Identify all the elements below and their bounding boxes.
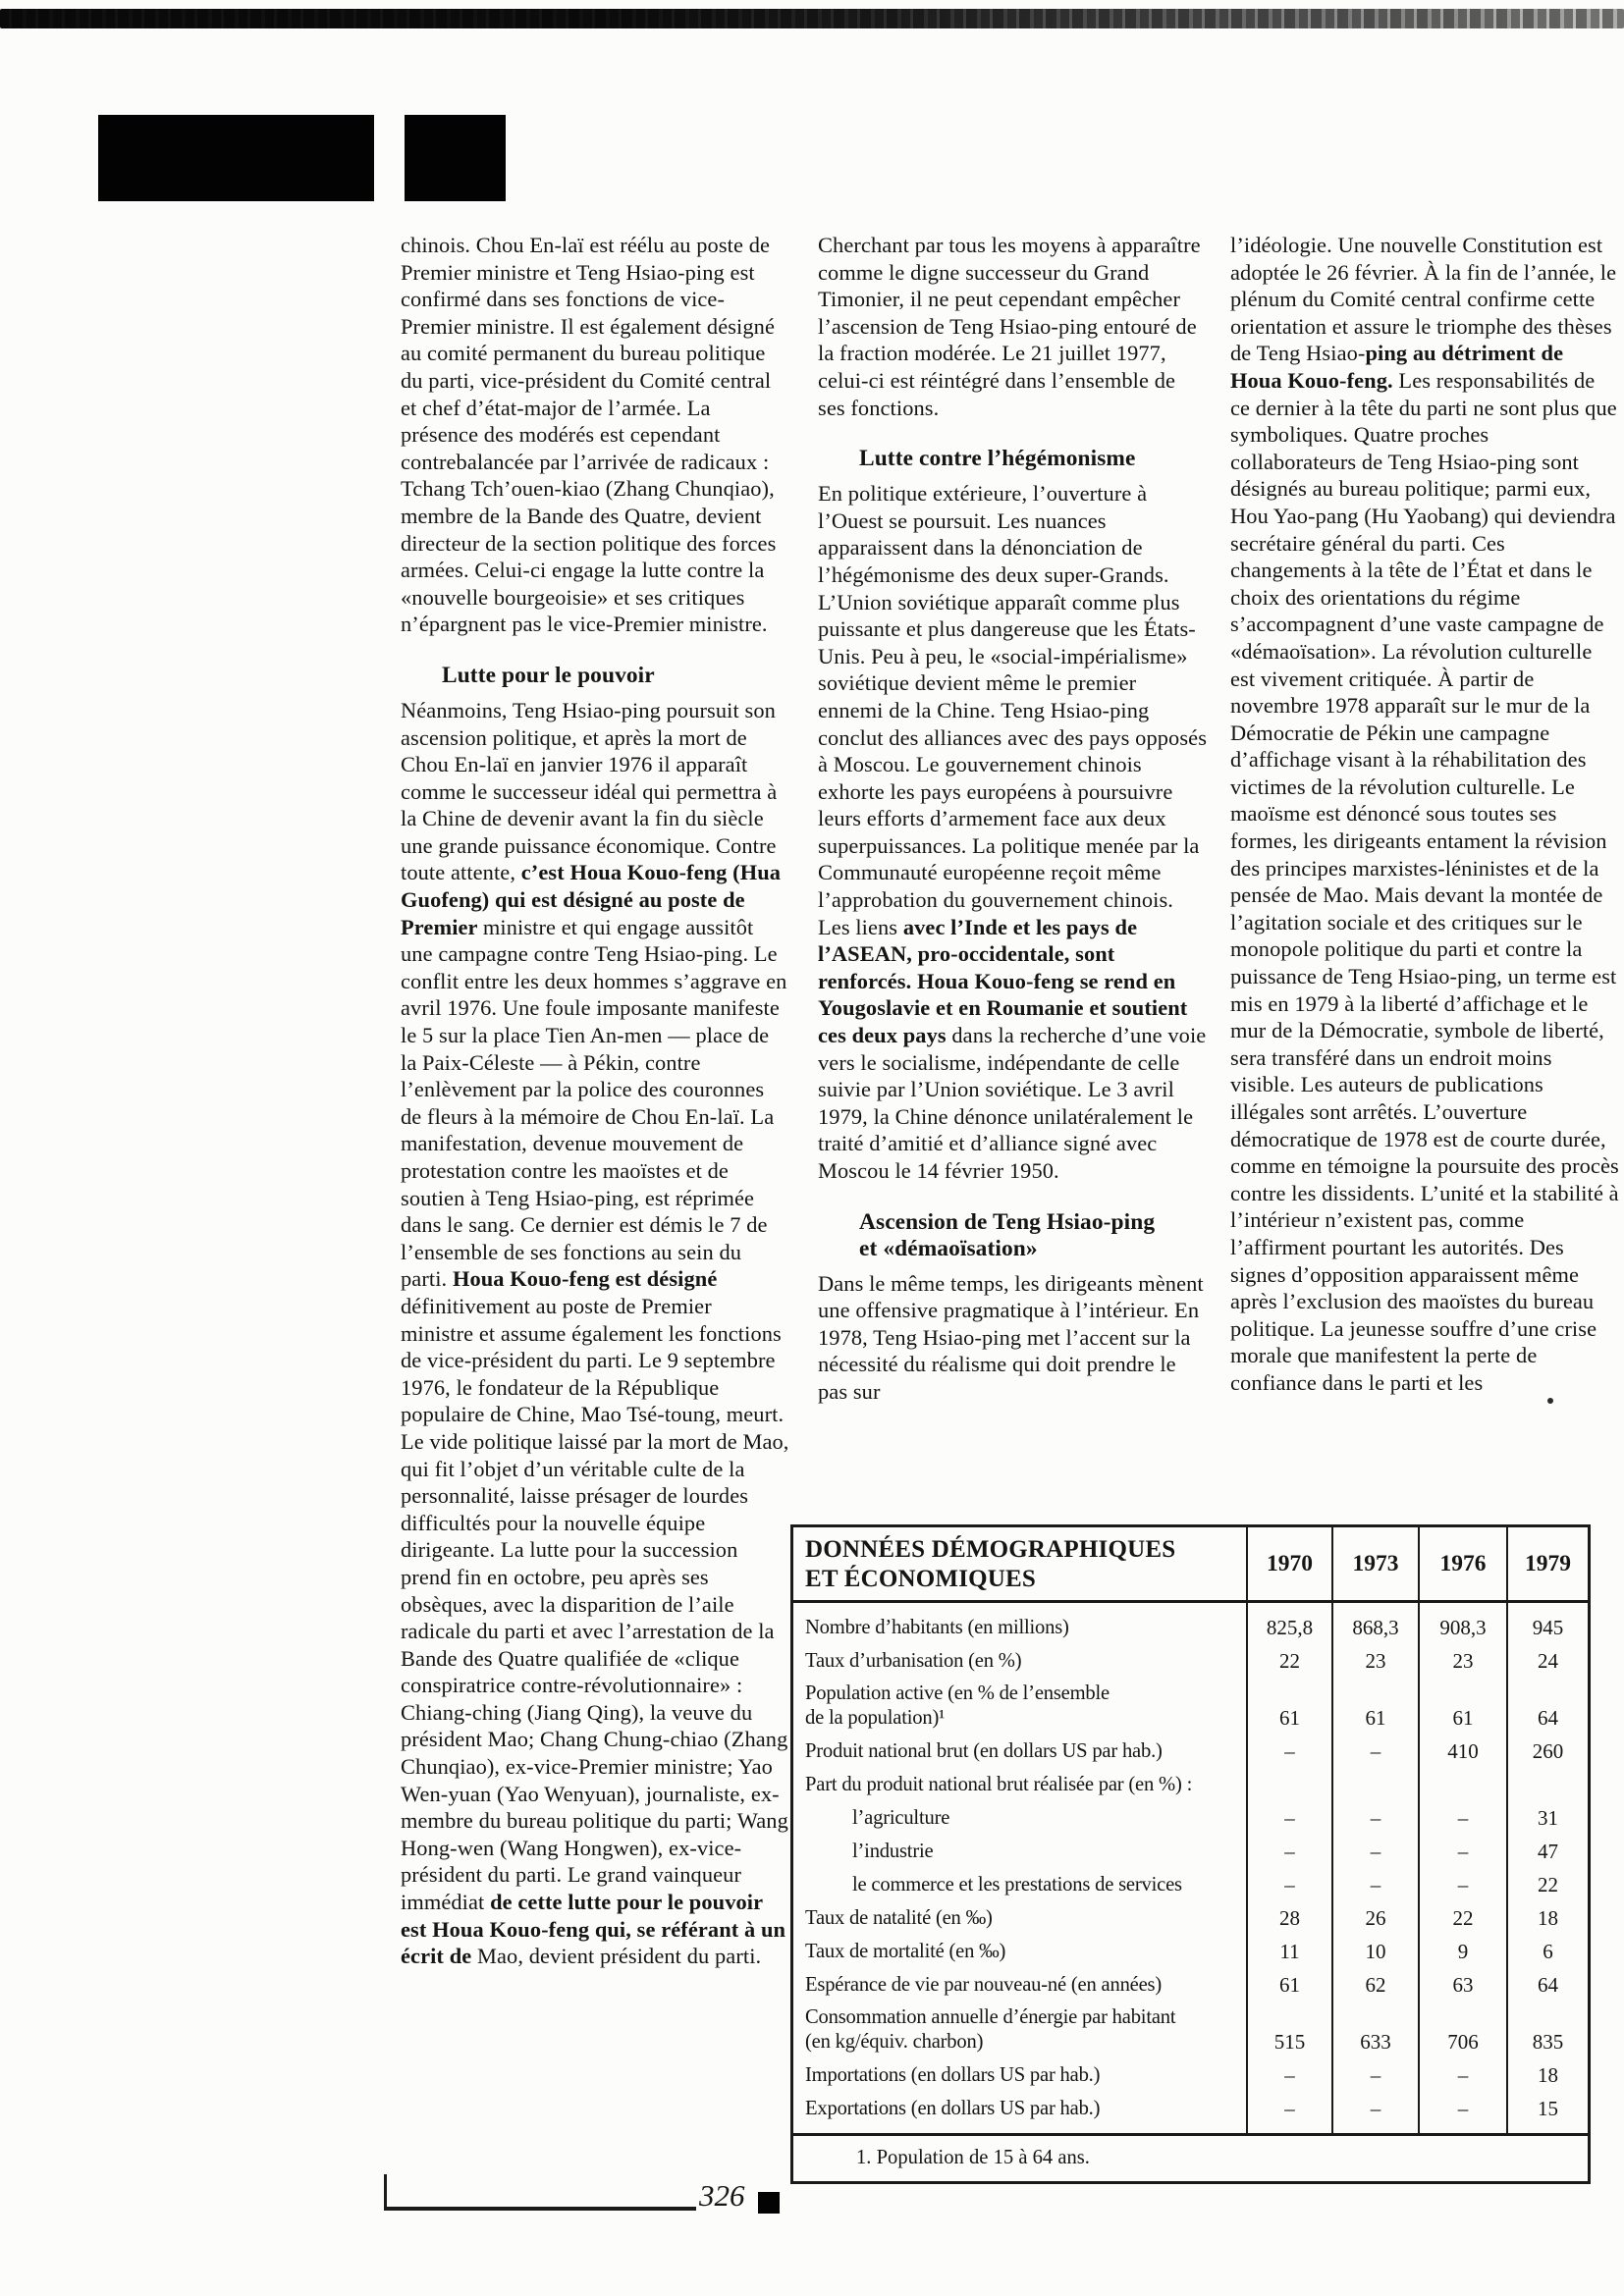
table-cell-value: 64 bbox=[1506, 1678, 1588, 1735]
table-cell-value: 825,8 bbox=[1246, 1603, 1331, 1644]
table-cell-label: Taux de mortalité (en ‰) bbox=[793, 1935, 1246, 1968]
table-cell-label: Part du produit national brut réalisée p… bbox=[793, 1768, 1246, 1801]
table-row: Part du produit national brut réalisée p… bbox=[793, 1768, 1588, 1801]
table-cell-label: Taux d’urbanisation (en %) bbox=[793, 1644, 1246, 1678]
table-row: le commerce et les prestations de servic… bbox=[793, 1868, 1588, 1901]
table-cell-value: – bbox=[1331, 1868, 1418, 1901]
table-row: Population active (en % de l’ensemblede … bbox=[793, 1678, 1588, 1735]
scan-speck bbox=[1547, 1398, 1553, 1404]
table-row: l’industrie–––47 bbox=[793, 1835, 1588, 1868]
table-cell-value: 28 bbox=[1246, 1901, 1331, 1935]
body-text: Cherchant par tous les moyens à apparaît… bbox=[818, 233, 1201, 420]
table-cell-label: Produit national brut (en dollars US par… bbox=[793, 1735, 1246, 1768]
redaction-box-left bbox=[98, 115, 374, 201]
table-cell-value: – bbox=[1331, 1835, 1418, 1868]
table-cell-label: le commerce et les prestations de servic… bbox=[793, 1868, 1246, 1901]
table-row: Taux d’urbanisation (en %)22232324 bbox=[793, 1644, 1588, 1678]
table-cell-value: – bbox=[1418, 2058, 1506, 2092]
table-body: Nombre d’habitants (en millions)825,8868… bbox=[793, 1603, 1588, 2133]
table-cell-value: – bbox=[1418, 1801, 1506, 1835]
table-cell-value: 26 bbox=[1331, 1901, 1418, 1935]
table-year-header-1970: 1970 bbox=[1246, 1527, 1331, 1600]
text-column-2: Cherchant par tous les moyens à apparaît… bbox=[818, 232, 1207, 1406]
table-cell-value: – bbox=[1331, 2058, 1418, 2092]
heading-line: et «démaoïsation» bbox=[859, 1236, 1207, 1262]
paragraph: Néanmoins, Teng Hsiao-ping poursuit son … bbox=[401, 697, 789, 1970]
table-cell-value: 868,3 bbox=[1331, 1603, 1418, 1644]
scanned-page: chinois. Chou En-laï est réélu au poste … bbox=[0, 0, 1624, 2296]
body-text: définitivement au poste de Premier minis… bbox=[401, 1294, 789, 1914]
table-cell-value: – bbox=[1246, 1868, 1331, 1901]
table-cell-value: 18 bbox=[1506, 2058, 1588, 2092]
table-cell-value: – bbox=[1331, 1735, 1418, 1768]
table-cell-value: 6 bbox=[1506, 1935, 1588, 1968]
table-row: Exportations (en dollars US par hab.)–––… bbox=[793, 2092, 1588, 2133]
table-row: Consommation annuelle d’énergie par habi… bbox=[793, 2002, 1588, 2058]
table-cell-value: 18 bbox=[1506, 1901, 1588, 1935]
table-cell-label: Exportations (en dollars US par hab.) bbox=[793, 2092, 1246, 2133]
table-footnote: 1. Population de 15 à 64 ans. bbox=[793, 2133, 1588, 2181]
table-cell-value: 15 bbox=[1506, 2092, 1588, 2133]
table-cell-label: Nombre d’habitants (en millions) bbox=[793, 1603, 1246, 1644]
table-cell-label: Consommation annuelle d’énergie par habi… bbox=[793, 2002, 1246, 2058]
table-cell-value: – bbox=[1331, 1801, 1418, 1835]
table-cell-value: 61 bbox=[1246, 1968, 1331, 2002]
table-cell-value: 9 bbox=[1418, 1935, 1506, 1968]
table-cell-value: – bbox=[1331, 2092, 1418, 2133]
table-cell-value: 61 bbox=[1331, 1678, 1418, 1735]
table-cell-value: 706 bbox=[1418, 2002, 1506, 2058]
table-cell-value: 908,3 bbox=[1418, 1603, 1506, 1644]
table-cell-value: 31 bbox=[1506, 1801, 1588, 1835]
table-cell-value: 62 bbox=[1331, 1968, 1418, 2002]
table-cell-value bbox=[1331, 1768, 1418, 1801]
table-title-line: ET ÉCONOMIQUES bbox=[805, 1566, 1036, 1592]
table-cell-value: 260 bbox=[1506, 1735, 1588, 1768]
table-cell-value: 22 bbox=[1246, 1644, 1331, 1678]
table-cell-value bbox=[1418, 1768, 1506, 1801]
table-cell-value: 23 bbox=[1331, 1644, 1418, 1678]
page-number: 326 bbox=[699, 2178, 745, 2214]
table-year-header-1979: 1979 bbox=[1506, 1527, 1588, 1600]
table-cell-label: Taux de natalité (en ‰) bbox=[793, 1901, 1246, 1935]
table-cell-label: l’industrie bbox=[793, 1835, 1246, 1868]
table-cell-value: 835 bbox=[1506, 2002, 1588, 2058]
table-row: Espérance de vie par nouveau-né (en anné… bbox=[793, 1968, 1588, 2002]
table-cell-label: Importations (en dollars US par hab.) bbox=[793, 2058, 1246, 2092]
table-cell-label: Population active (en % de l’ensemblede … bbox=[793, 1678, 1246, 1735]
paragraph: Dans le même temps, les dirigeants mènen… bbox=[818, 1270, 1207, 1406]
section-heading-lutte-contre-hegemonisme: Lutte contre l’hégémonisme bbox=[818, 446, 1207, 472]
table-cell-value: 11 bbox=[1246, 1935, 1331, 1968]
table-title: DONNÉES DÉMOGRAPHIQUES ET ÉCONOMIQUES bbox=[793, 1527, 1246, 1600]
scan-artifact-bar bbox=[0, 9, 1624, 28]
table-cell-value bbox=[1506, 1768, 1588, 1801]
heading-line: Ascension de Teng Hsiao-ping bbox=[859, 1209, 1207, 1236]
table-row: Nombre d’habitants (en millions)825,8868… bbox=[793, 1603, 1588, 1644]
table-cell-value: 410 bbox=[1418, 1735, 1506, 1768]
table-cell-value: 63 bbox=[1418, 1968, 1506, 2002]
table-cell-value: – bbox=[1418, 1835, 1506, 1868]
demographic-economic-table: DONNÉES DÉMOGRAPHIQUES ET ÉCONOMIQUES 19… bbox=[790, 1524, 1591, 2184]
table-row: Taux de natalité (en ‰)28262218 bbox=[793, 1901, 1588, 1935]
table-row: Produit national brut (en dollars US par… bbox=[793, 1735, 1588, 1768]
body-text: Néanmoins, Teng Hsiao-ping poursuit son … bbox=[401, 698, 777, 885]
footer-square-marker bbox=[758, 2192, 780, 2214]
section-heading-lutte-pour-le-pouvoir: Lutte pour le pouvoir bbox=[401, 663, 789, 689]
bold-text: Houa Kouo-feng est désigné bbox=[453, 1266, 717, 1291]
table-cell-value: 22 bbox=[1506, 1868, 1588, 1901]
table-cell-value: 10 bbox=[1331, 1935, 1418, 1968]
table-title-line: DONNÉES DÉMOGRAPHIQUES bbox=[805, 1536, 1175, 1563]
section-heading-ascension-demaoisation: Ascension de Teng Hsiao-ping et «démaoïs… bbox=[818, 1209, 1207, 1262]
table-header-row: DONNÉES DÉMOGRAPHIQUES ET ÉCONOMIQUES 19… bbox=[793, 1527, 1588, 1603]
body-text: ministre et qui engage aussitôt une camp… bbox=[401, 915, 786, 1292]
table-cell-value: – bbox=[1246, 1801, 1331, 1835]
paragraph: En politique extérieure, l’ouverture à l… bbox=[818, 480, 1207, 1184]
table-cell-value: 633 bbox=[1331, 2002, 1418, 2058]
table-cell-value: – bbox=[1246, 2058, 1331, 2092]
table-cell-value: 515 bbox=[1246, 2002, 1331, 2058]
redaction-box-right bbox=[405, 115, 506, 201]
table-cell-value: – bbox=[1418, 2092, 1506, 2133]
table-cell-value: – bbox=[1418, 1868, 1506, 1901]
table-cell-value: 22 bbox=[1418, 1901, 1506, 1935]
table-cell-value: 61 bbox=[1418, 1678, 1506, 1735]
paragraph: l’idéologie. Une nouvelle Constitution e… bbox=[1230, 232, 1619, 1397]
table-cell-value: 945 bbox=[1506, 1603, 1588, 1644]
footer-rule bbox=[384, 2207, 696, 2211]
table-cell-label: Espérance de vie par nouveau-né (en anné… bbox=[793, 1968, 1246, 2002]
text-column-3: l’idéologie. Une nouvelle Constitution e… bbox=[1230, 232, 1619, 1397]
table-cell-value bbox=[1246, 1768, 1331, 1801]
paragraph: Cherchant par tous les moyens à apparaît… bbox=[818, 232, 1207, 421]
body-text: En politique extérieure, l’ouverture à l… bbox=[818, 481, 1207, 939]
table-year-header-1976: 1976 bbox=[1418, 1527, 1506, 1600]
body-text: Mao, devient président du parti. bbox=[477, 1944, 761, 1968]
table-cell-label: l’agriculture bbox=[793, 1801, 1246, 1835]
table-cell-value: – bbox=[1246, 1835, 1331, 1868]
table-cell-value: 47 bbox=[1506, 1835, 1588, 1868]
paragraph: chinois. Chou En-laï est réélu au poste … bbox=[401, 232, 789, 638]
table-year-header-1973: 1973 bbox=[1331, 1527, 1418, 1600]
table-row: Importations (en dollars US par hab.)–––… bbox=[793, 2058, 1588, 2092]
table-cell-value: 23 bbox=[1418, 1644, 1506, 1678]
text-column-1: chinois. Chou En-laï est réélu au poste … bbox=[401, 232, 789, 1970]
table-cell-value: – bbox=[1246, 2092, 1331, 2133]
body-text: chinois. Chou En-laï est réélu au poste … bbox=[401, 233, 776, 636]
body-text: Dans le même temps, les dirigeants mènen… bbox=[818, 1271, 1204, 1404]
footer-rule-tick bbox=[384, 2174, 387, 2210]
table-cell-value: 24 bbox=[1506, 1644, 1588, 1678]
table-cell-value: 61 bbox=[1246, 1678, 1331, 1735]
table-cell-value: – bbox=[1246, 1735, 1331, 1768]
table-row: Taux de mortalité (en ‰)111096 bbox=[793, 1935, 1588, 1968]
table-cell-value: 64 bbox=[1506, 1968, 1588, 2002]
table-row: l’agriculture–––31 bbox=[793, 1801, 1588, 1835]
body-text: Les responsabilités de ce dernier à la t… bbox=[1230, 368, 1619, 1395]
